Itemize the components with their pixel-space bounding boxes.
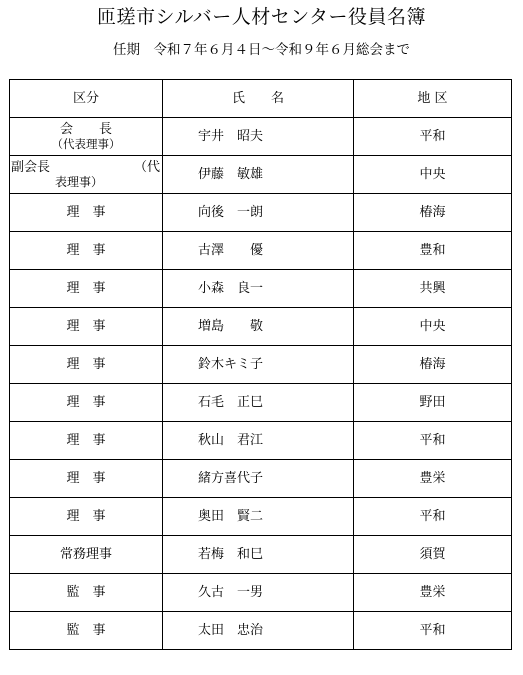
name-cell: 増島 敬 [163, 308, 354, 346]
table-row: 理 事 古澤 優 豊和 [10, 232, 512, 270]
table-row: 監 事 久古 一男 豊栄 [10, 574, 512, 612]
name-cell: 緒方喜代子 [163, 460, 354, 498]
table-row: 会 長 （代表理事） 宇井 昭夫 平和 [10, 118, 512, 156]
position-title: 副会長 [11, 160, 50, 175]
district-cell: 中央 [354, 308, 512, 346]
name-cell: 石毛 正巳 [163, 384, 354, 422]
table-row: 理 事 石毛 正巳 野田 [10, 384, 512, 422]
district-cell: 平和 [354, 118, 512, 156]
header-position: 区分 [10, 80, 163, 118]
position-cell: 理 事 [10, 194, 163, 232]
position-cell: 監 事 [10, 612, 163, 650]
position-cell: 理 事 [10, 270, 163, 308]
name-cell: 奥田 賢二 [163, 498, 354, 536]
name-cell: 小森 良一 [163, 270, 354, 308]
district-cell: 平和 [354, 422, 512, 460]
district-cell: 豊栄 [354, 574, 512, 612]
table-row: 理 事 小森 良一 共興 [10, 270, 512, 308]
name-cell: 鈴木キミ子 [163, 346, 354, 384]
position-suffix: （代 [134, 160, 160, 175]
name-cell: 秋山 君江 [163, 422, 354, 460]
district-cell: 野田 [354, 384, 512, 422]
district-cell: 平和 [354, 498, 512, 536]
position-title: 会 長 [10, 122, 162, 137]
table-row: 理 事 鈴木キミ子 椿海 [10, 346, 512, 384]
term-of-office: 任期 令和７年６月４日～令和９年６月総会まで [0, 40, 523, 60]
position-cell: 理 事 [10, 498, 163, 536]
position-cell: 理 事 [10, 308, 163, 346]
header-name: 氏 名 [163, 80, 354, 118]
name-cell: 若梅 和巳 [163, 536, 354, 574]
district-cell: 平和 [354, 612, 512, 650]
table-row: 理 事 緒方喜代子 豊栄 [10, 460, 512, 498]
officer-roster-table: 区分 氏 名 地 区 会 長 （代表理事） 宇井 昭夫 平和 副会長 （代 表理… [9, 79, 512, 650]
district-cell: 須賀 [354, 536, 512, 574]
position-cell: 理 事 [10, 422, 163, 460]
district-cell: 共興 [354, 270, 512, 308]
district-cell: 中央 [354, 156, 512, 194]
table-header-row: 区分 氏 名 地 区 [10, 80, 512, 118]
table-row: 理 事 奥田 賢二 平和 [10, 498, 512, 536]
position-cell: 理 事 [10, 460, 163, 498]
district-cell: 椿海 [354, 346, 512, 384]
name-cell: 久古 一男 [163, 574, 354, 612]
header-district: 地 区 [354, 80, 512, 118]
table-row: 理 事 増島 敬 中央 [10, 308, 512, 346]
district-cell: 豊和 [354, 232, 512, 270]
position-cell: 理 事 [10, 232, 163, 270]
position-cell: 副会長 （代 表理事） [10, 156, 163, 194]
position-subtitle: （代表理事） [10, 137, 162, 152]
name-cell: 伊藤 敏雄 [163, 156, 354, 194]
table-row: 監 事 太田 忠治 平和 [10, 612, 512, 650]
table-row: 常務理事 若梅 和巳 須賀 [10, 536, 512, 574]
position-cell: 会 長 （代表理事） [10, 118, 163, 156]
table-row: 理 事 向後 一朗 椿海 [10, 194, 512, 232]
name-cell: 向後 一朗 [163, 194, 354, 232]
position-subtitle: 表理事） [10, 175, 162, 190]
district-cell: 豊栄 [354, 460, 512, 498]
position-cell: 理 事 [10, 384, 163, 422]
position-cell: 常務理事 [10, 536, 163, 574]
table-row: 理 事 秋山 君江 平和 [10, 422, 512, 460]
name-cell: 古澤 優 [163, 232, 354, 270]
name-cell: 宇井 昭夫 [163, 118, 354, 156]
table-row: 副会長 （代 表理事） 伊藤 敏雄 中央 [10, 156, 512, 194]
position-cell: 監 事 [10, 574, 163, 612]
position-cell: 理 事 [10, 346, 163, 384]
district-cell: 椿海 [354, 194, 512, 232]
document-title: 匝瑳市シルバー人材センター役員名簿 [0, 4, 523, 30]
name-cell: 太田 忠治 [163, 612, 354, 650]
